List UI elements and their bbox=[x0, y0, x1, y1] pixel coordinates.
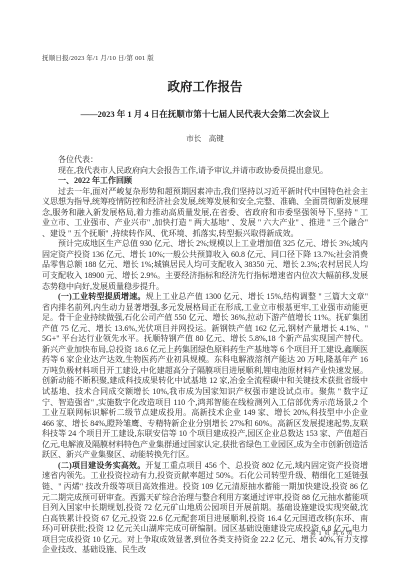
page-number-indicator: 第 1 页 共 6 页 bbox=[310, 528, 353, 537]
salutation: 各位代表： bbox=[42, 155, 368, 166]
paragraph-text: 预计完成地区生产总值 930 亿元、增长 2%;规模以上工业增加值 325 亿元… bbox=[42, 239, 368, 290]
body-paragraph: (一)工业转型提质增速。规上工业总产值 1300 亿元、增长 15%,结构调整 … bbox=[42, 292, 368, 461]
document-page: 抚顺日报/2023 年/1 月/10 日/第 001 版 政府工作报告 ——20… bbox=[0, 0, 410, 580]
body-paragraph: (二)项目建设务实高效。开复工重点项目 456 个、总投资 802 亿元,域内固… bbox=[42, 461, 368, 556]
salutation-text: 各位代表： bbox=[58, 155, 98, 164]
intro-text: 现在,我代表市人民政府向大会报告工作,请予审议,并请市政协委员提出意见。 bbox=[58, 166, 328, 175]
paragraph-lead: (一)工业转型提质增速。 bbox=[58, 292, 146, 301]
report-subtitle: ——2023 年 1 月 4 日在抚顺市第十七届人民代表大会第二次会议上 bbox=[42, 108, 368, 120]
paragraph-text: 规上工业总产值 1300 亿元、增长 15%,结构调整 " 三篇大文章" 省内排… bbox=[42, 292, 368, 459]
paragraph-text: 开复工重点项目 456 个、总投资 802 亿元,域内固定资产投资增速省内领先。… bbox=[42, 461, 368, 554]
masthead: 抚顺日报/2023 年/1 月/10 日/第 001 版 bbox=[42, 53, 368, 62]
author-line: 市长 高键 bbox=[42, 133, 368, 144]
intro-paragraph: 现在,我代表市人民政府向大会报告工作,请予审议,并请市政协委员提出意见。 bbox=[42, 166, 368, 177]
body-paragraph: 预计完成地区生产总值 930 亿元、增长 2%;规模以上工业增加值 325 亿元… bbox=[42, 239, 368, 292]
paragraph-lead: (二)项目建设务实高效。 bbox=[58, 461, 145, 470]
paragraph-text: 过去一年,面对严峻复杂形势和超预期因素冲击,我们坚持以习近平新时代中国特色社会主… bbox=[42, 187, 368, 238]
report-body: 各位代表： 现在,我代表市人民政府向大会报告工作,请予审议,并请市政协委员提出意… bbox=[42, 155, 368, 556]
section-heading-text: 一、2022 年工作回顾 bbox=[58, 176, 132, 185]
body-paragraph: 过去一年,面对严峻复杂形势和超预期因素冲击,我们坚持以习近平新时代中国特色社会主… bbox=[42, 187, 368, 240]
report-title: 政府工作报告 bbox=[42, 77, 368, 95]
section-heading: 一、2022 年工作回顾 bbox=[42, 176, 368, 187]
